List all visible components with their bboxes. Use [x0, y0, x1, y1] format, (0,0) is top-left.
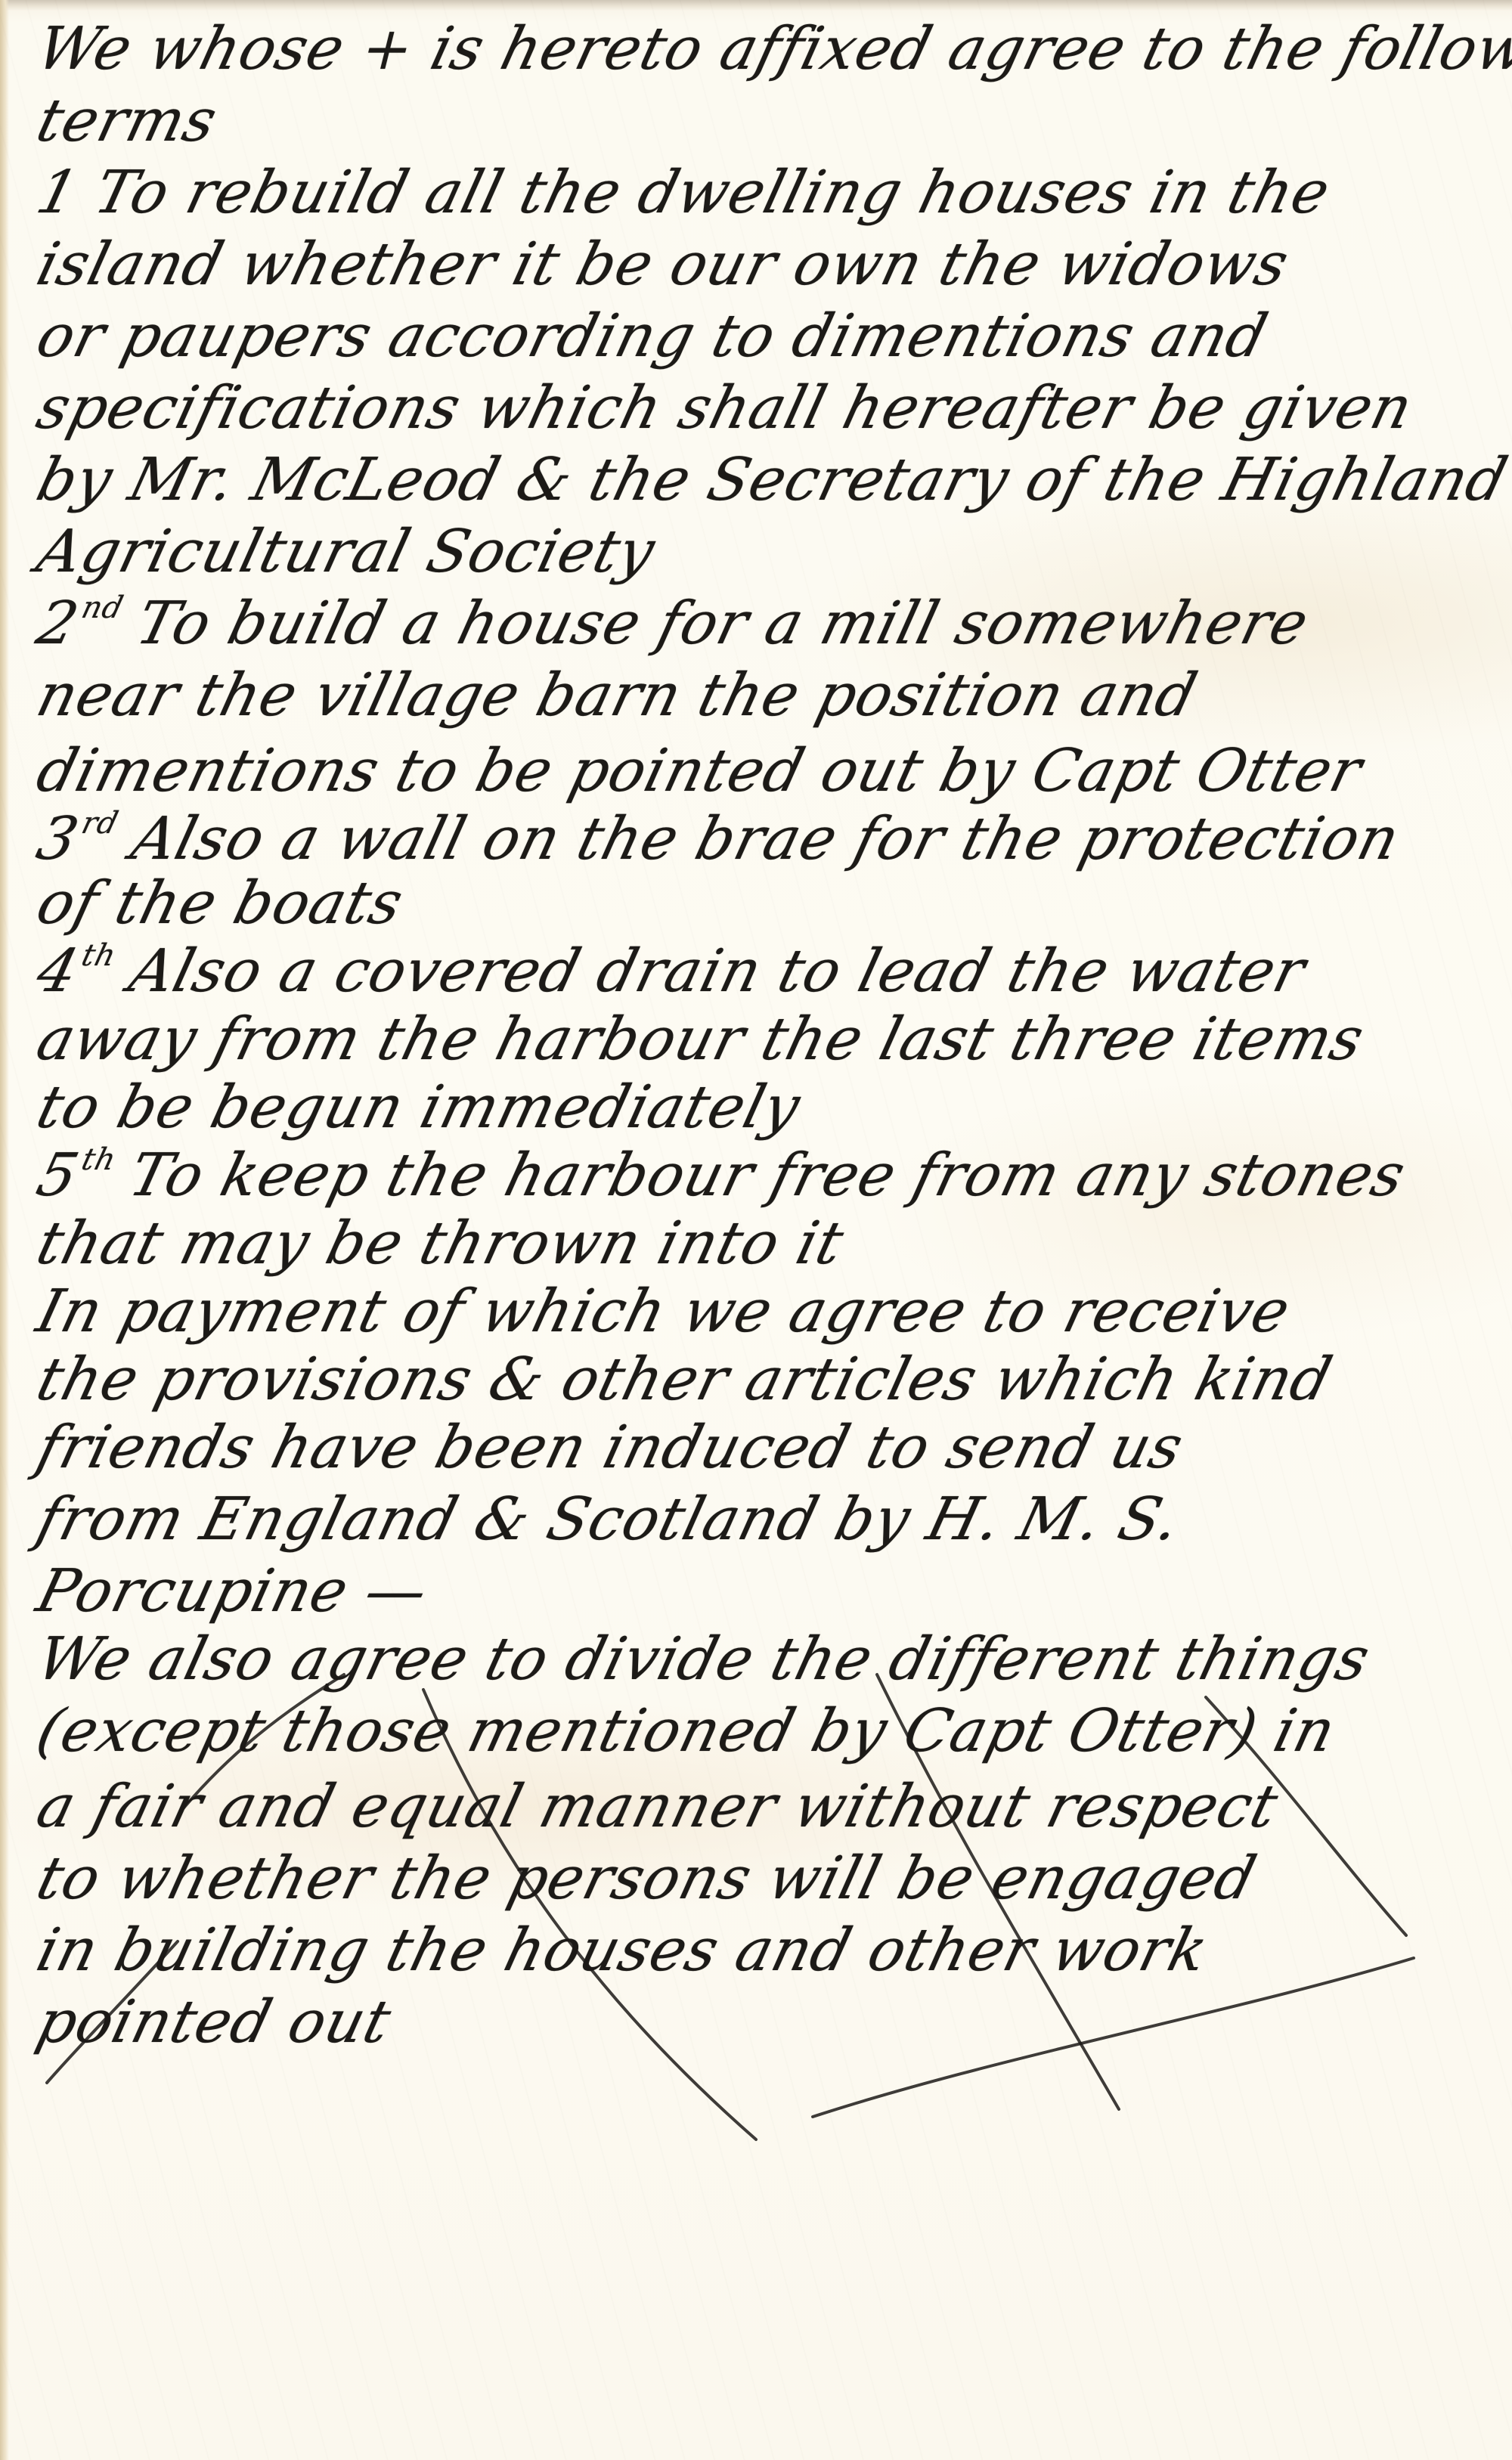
manuscript-line: a fair and equal manner without respect [30, 1773, 1285, 1841]
item-number: 3 [30, 805, 85, 873]
line-text: away from the harbour the last three ite… [30, 1005, 1371, 1074]
line-text: In payment of which we agree to receive [30, 1278, 1297, 1346]
line-text: We whose + is hereto affixed agree to th… [30, 15, 1512, 83]
line-text: island whether it be our own the widows [30, 231, 1296, 299]
manuscript-line: pointed out [30, 1988, 398, 2056]
manuscript-line: of the boats [30, 869, 410, 937]
manuscript-line: Porcupine — [30, 1557, 435, 1625]
manuscript-line: 2nd To build a house for a mill somewher… [30, 590, 1315, 658]
manuscript-line: We whose + is hereto affixed agree to th… [30, 15, 1512, 83]
manuscript-line: 5th To keep the harbour free from any st… [30, 1142, 1412, 1210]
item-number: 5 [30, 1142, 85, 1210]
manuscript-line: specifications which shall hereafter be … [30, 374, 1420, 442]
manuscript-line: in building the houses and other work [30, 1916, 1215, 1984]
manuscript-line: friends have been induced to send us [30, 1414, 1190, 1482]
line-text: (except those mentioned by Capt Otter) i… [30, 1697, 1343, 1765]
line-text: Porcupine — [30, 1557, 435, 1625]
manuscript-line: from England & Scotland by H. M. S. [30, 1486, 1187, 1554]
manuscript-line: 1 To rebuild all the dwelling houses in … [30, 159, 1337, 227]
line-text: Also a wall on the brae for the protecti… [125, 805, 1406, 873]
line-text: Also a covered drain to lead the water [122, 937, 1312, 1005]
manuscript-line: In payment of which we agree to receive [30, 1278, 1297, 1346]
line-text: dimentions to be pointed out by Capt Ott… [30, 737, 1369, 805]
manuscript-line: or paupers according to dimentions and [30, 302, 1275, 370]
item-number: 4 [30, 937, 85, 1005]
manuscript-line: that may be thrown into it [30, 1210, 850, 1278]
manuscript-line: to be begun immediately [30, 1074, 807, 1142]
manuscript-line: terms [30, 87, 224, 155]
page-left-edge [0, 0, 9, 2460]
line-text: pointed out [30, 1988, 398, 2056]
manuscript-line: island whether it be our own the widows [30, 231, 1296, 299]
ordinal-suffix: th [78, 1142, 119, 1177]
page-top-edge [0, 0, 1512, 11]
line-text: to whether the persons will be engaged [30, 1845, 1263, 1913]
line-text: or paupers according to dimentions and [30, 302, 1275, 370]
line-text: Agricultural Society [30, 518, 662, 586]
ordinal-suffix: th [78, 938, 119, 973]
line-text: terms [30, 87, 224, 155]
manuscript-line: near the village barn the position and [30, 661, 1204, 730]
line-text: near the village barn the position and [30, 661, 1204, 730]
line-text: To build a house for a mill somewhere [130, 590, 1315, 658]
manuscript-line: by Mr. McLeod & the Secretary of the Hig… [30, 446, 1512, 514]
manuscript-line: away from the harbour the last three ite… [30, 1005, 1371, 1074]
manuscript-line: 3rd Also a wall on the brae for the prot… [30, 805, 1406, 873]
manuscript-line: 4th Also a covered drain to lead the wat… [30, 937, 1312, 1005]
line-text: by Mr. McLeod & the Secretary of the Hig… [30, 446, 1512, 514]
line-text: To keep the harbour free from any stones [122, 1142, 1412, 1210]
item-number: 2 [30, 590, 85, 658]
line-text: to be begun immediately [30, 1074, 807, 1142]
manuscript-line: Agricultural Society [30, 518, 662, 586]
line-text: in building the houses and other work [30, 1916, 1215, 1984]
line-text: that may be thrown into it [30, 1210, 850, 1278]
line-text: from England & Scotland by H. M. S. [30, 1486, 1187, 1554]
line-text: friends have been induced to send us [30, 1414, 1190, 1482]
line-text: We also agree to divide the different th… [30, 1625, 1377, 1693]
manuscript-line: We also agree to divide the different th… [30, 1625, 1377, 1693]
item-number: 1 [30, 159, 85, 227]
manuscript-line: dimentions to be pointed out by Capt Ott… [30, 737, 1369, 805]
line-text: a fair and equal manner without respect [30, 1773, 1285, 1841]
ordinal-suffix: rd [78, 806, 122, 841]
line-text: specifications which shall hereafter be … [30, 374, 1420, 442]
manuscript-line: (except those mentioned by Capt Otter) i… [30, 1697, 1343, 1765]
manuscript-page: We whose + is hereto affixed agree to th… [0, 0, 1512, 2460]
line-text: of the boats [30, 869, 410, 937]
line-text: To rebuild all the dwelling houses in th… [88, 159, 1337, 227]
line-text: the provisions & other articles which ki… [30, 1346, 1339, 1414]
ordinal-suffix: nd [78, 590, 127, 625]
manuscript-line: the provisions & other articles which ki… [30, 1346, 1339, 1414]
manuscript-line: to whether the persons will be engaged [30, 1845, 1263, 1913]
